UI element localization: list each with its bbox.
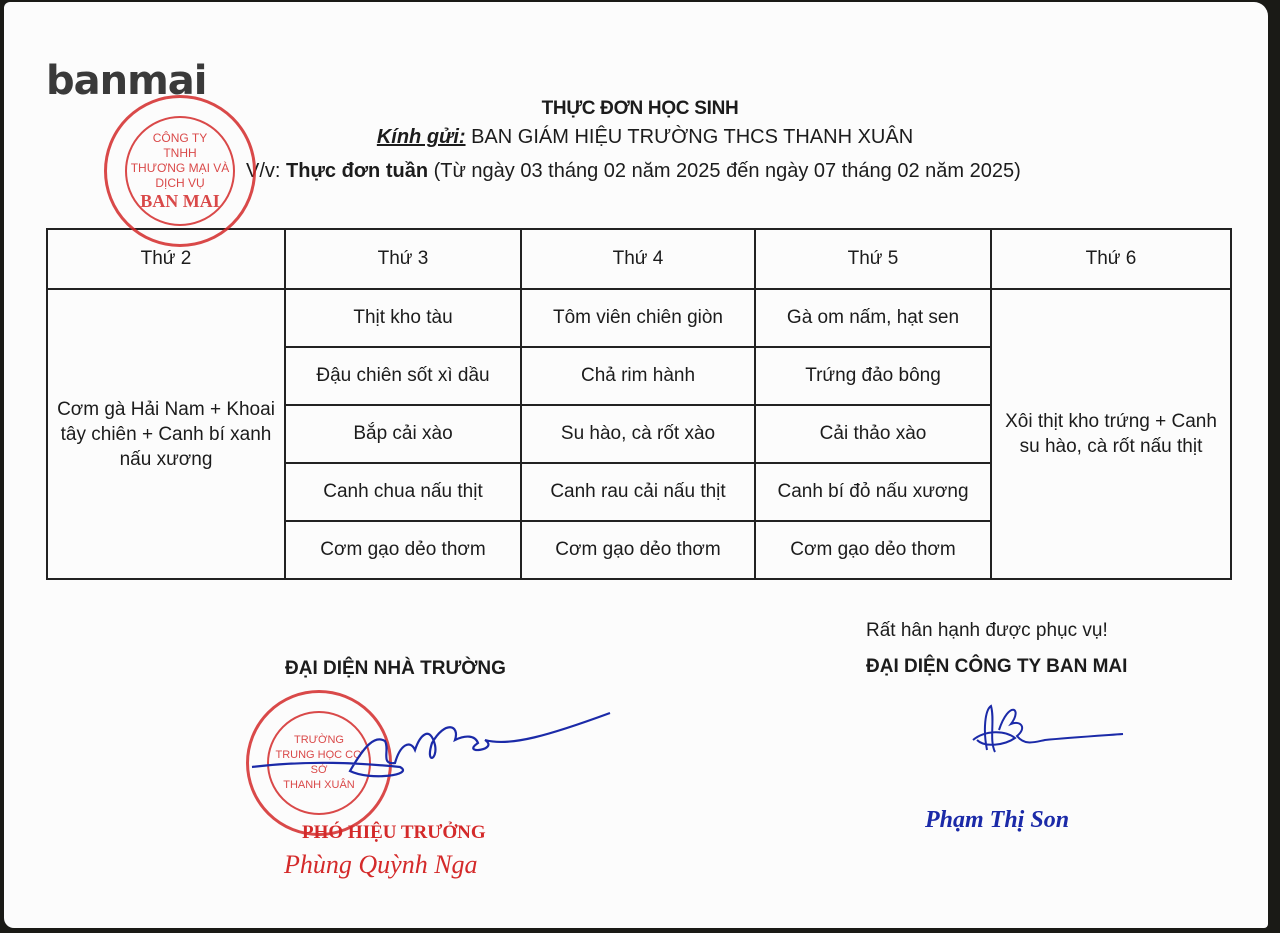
recipient-label: Kính gửi:: [377, 126, 466, 148]
friday-menu: Xôi thịt kho trứng + Canh su hào, cà rốt…: [991, 289, 1231, 579]
table-header-row: Thứ 2 Thứ 3 Thứ 4 Thứ 5 Thứ 6: [47, 229, 1231, 289]
company-seal-stamp: CÔNG TY TNHH THƯƠNG MẠI VÀ DỊCH VỤ BAN M…: [104, 95, 256, 247]
menu-cell: Canh chua nấu thịt: [285, 463, 521, 521]
menu-cell: Cải thảo xào: [755, 405, 991, 463]
table-row: Cơm gà Hải Nam + Khoai tây chiên + Canh …: [47, 289, 1231, 347]
school-representative-heading: ĐẠI DIỆN NHÀ TRƯỜNG: [285, 658, 506, 680]
day-header-thursday: Thứ 5: [755, 229, 991, 289]
menu-cell: Chả rim hành: [521, 347, 755, 405]
menu-cell: Thịt kho tàu: [285, 289, 521, 347]
stamp-company-name: BAN MAI: [140, 191, 220, 211]
menu-cell: Canh rau cải nấu thịt: [521, 463, 755, 521]
stamp-line: TNHH: [163, 146, 196, 161]
day-header-friday: Thứ 6: [991, 229, 1231, 289]
day-header-wednesday: Thứ 4: [521, 229, 755, 289]
school-signer-role: PHÓ HIỆU TRƯỞNG: [302, 822, 486, 844]
subject-line: V/v: Thực đơn tuần (Từ ngày 03 tháng 02 …: [246, 160, 1021, 183]
company-signer-name: Phạm Thị Son: [925, 807, 1069, 834]
menu-cell: Cơm gạo dẻo thơm: [755, 521, 991, 579]
menu-cell: Cơm gạo dẻo thơm: [285, 521, 521, 579]
menu-cell: Tôm viên chiên giòn: [521, 289, 755, 347]
company-signature: [965, 700, 1125, 760]
weekly-menu-table: Thứ 2 Thứ 3 Thứ 4 Thứ 5 Thứ 6 Cơm gà Hải…: [46, 228, 1232, 580]
menu-cell: Gà om nấm, hạt sen: [755, 289, 991, 347]
menu-cell: Su hào, cà rốt xào: [521, 405, 755, 463]
menu-cell: Đậu chiên sốt xì dầu: [285, 347, 521, 405]
menu-cell: Cơm gạo dẻo thơm: [521, 521, 755, 579]
school-signer-name: Phùng Quỳnh Nga: [284, 850, 478, 880]
stamp-line: CÔNG TY: [153, 131, 207, 146]
day-header-tuesday: Thứ 3: [285, 229, 521, 289]
stamp-line: THƯƠNG MẠI VÀ: [131, 161, 230, 176]
recipient-name: BAN GIÁM HIỆU TRƯỜNG THCS THANH XUÂN: [471, 126, 913, 148]
menu-cell: Canh bí đỏ nấu xương: [755, 463, 991, 521]
monday-menu: Cơm gà Hải Nam + Khoai tây chiên + Canh …: [47, 289, 285, 579]
menu-cell: Bắp cải xào: [285, 405, 521, 463]
stamp-line: DỊCH VỤ: [155, 176, 204, 191]
subject-date-range: (Từ ngày 03 tháng 02 năm 2025 đến ngày 0…: [434, 160, 1021, 182]
closing-thanks: Rất hân hạnh được phục vụ!: [866, 620, 1108, 642]
menu-cell: Trứng đảo bông: [755, 347, 991, 405]
company-representative-heading: ĐẠI DIỆN CÔNG TY BAN MAI: [866, 656, 1127, 678]
school-signature: [250, 705, 620, 795]
company-seal-center: CÔNG TY TNHH THƯƠNG MẠI VÀ DỊCH VỤ BAN M…: [125, 116, 235, 226]
subject-title: Thực đơn tuần: [286, 160, 428, 182]
